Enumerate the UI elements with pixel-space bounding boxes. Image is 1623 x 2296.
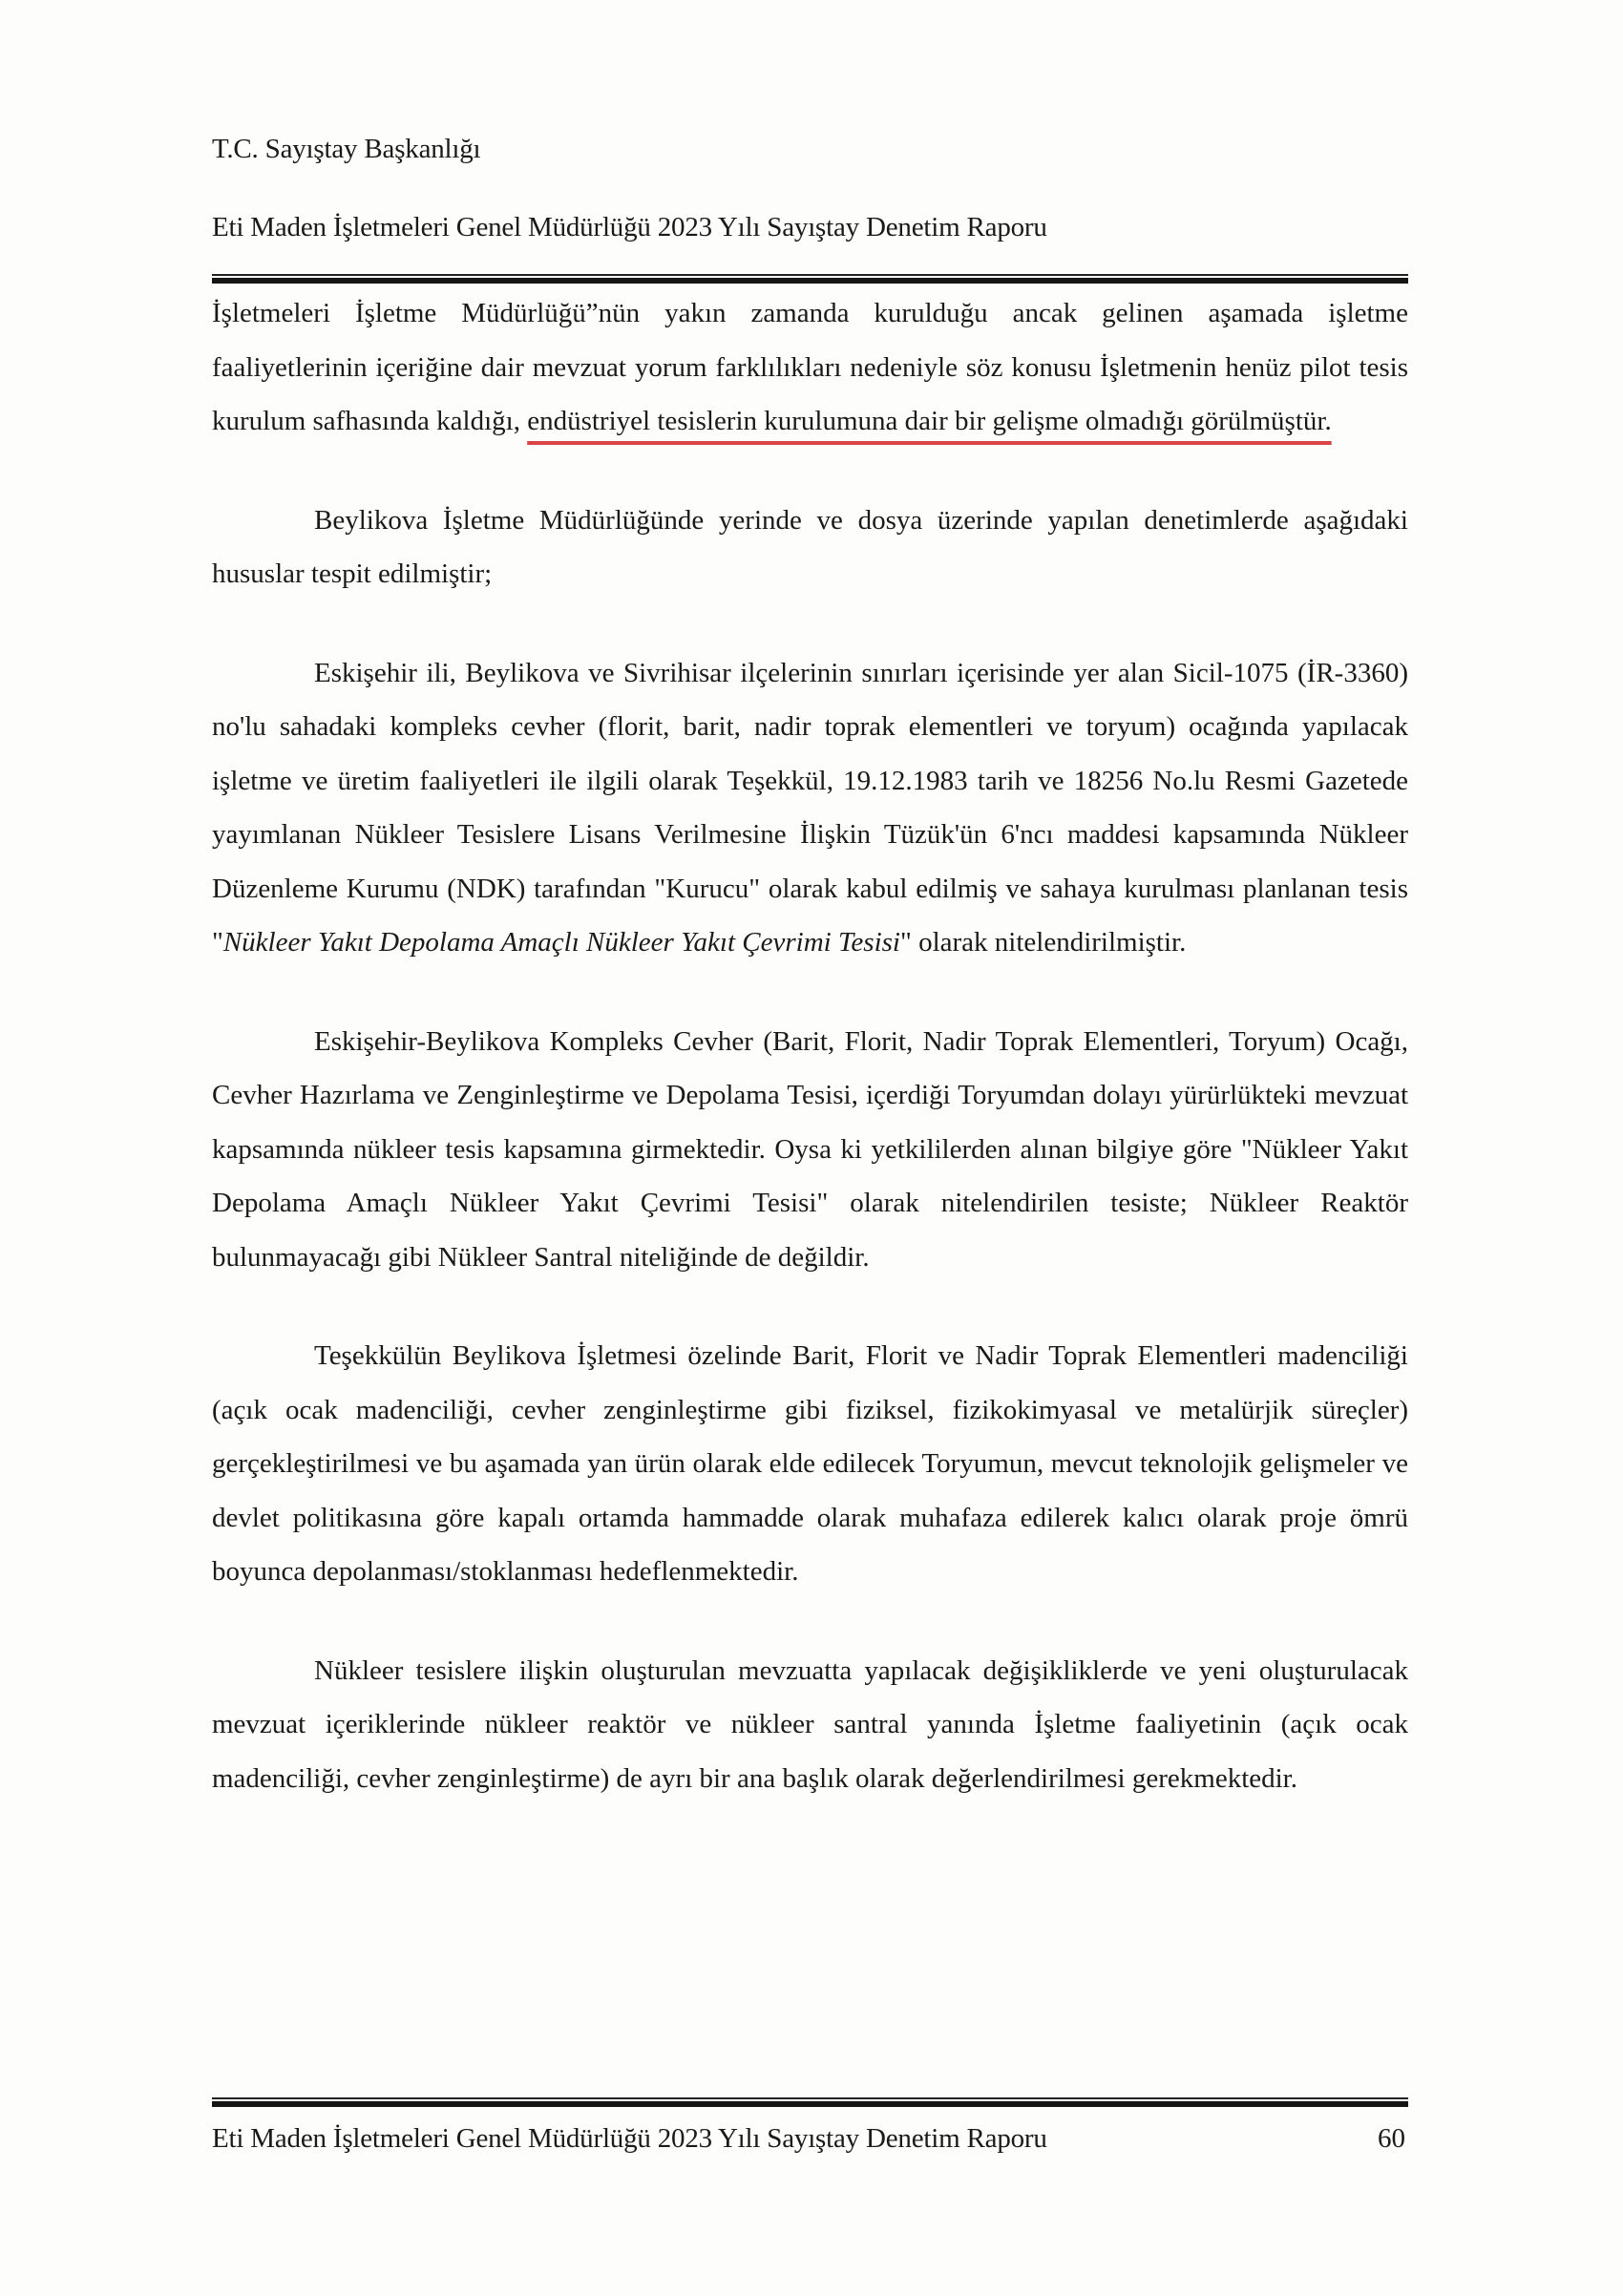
document-page: T.C. Sayıştay Başkanlığı Eti Maden İşlet… [0, 0, 1623, 2296]
paragraph-text: Eskişehir ili, Beylikova ve Sivrihisar i… [212, 658, 1408, 958]
header-rule-thick [212, 278, 1408, 284]
document-body: İşletmeleri İşletme Müdürlüğü”nün yakın … [212, 286, 1408, 1805]
page-number: 60 [1378, 2123, 1405, 2155]
paragraph-continued: İşletmeleri İşletme Müdürlüğü”nün yakın … [212, 286, 1408, 449]
footer-rule-thin [212, 2097, 1408, 2099]
highlighted-finding: endüstriyel tesislerin kurulumuna dair b… [527, 406, 1331, 436]
facility-name-italic: Nükleer Yakıt Depolama Amaçlı Nükleer Ya… [223, 927, 900, 958]
paragraph-audit-intro: Beylikova İşletme Müdürlüğünde yerinde v… [212, 494, 1408, 601]
paragraph-text: " olarak nitelendirilmiştir. [900, 927, 1186, 958]
paragraph-mining-goals: Teşekkülün Beylikova İşletmesi özelinde … [212, 1329, 1408, 1599]
footer-rule [212, 2097, 1408, 2108]
paragraph-nuclear-scope: Eskişehir-Beylikova Kompleks Cevher (Bar… [212, 1015, 1408, 1285]
paragraph-recommendation: Nükleer tesislere ilişkin oluşturulan me… [212, 1644, 1408, 1806]
header-rule [212, 274, 1408, 284]
paragraph-site-description: Eskişehir ili, Beylikova ve Sivrihisar i… [212, 646, 1408, 970]
header-institution: T.C. Sayıştay Başkanlığı [212, 134, 480, 165]
footer-rule-thick [212, 2101, 1408, 2107]
header-report-title: Eti Maden İşletmeleri Genel Müdürlüğü 20… [212, 212, 1047, 243]
footer-report-title: Eti Maden İşletmeleri Genel Müdürlüğü 20… [212, 2123, 1047, 2155]
header-rule-thin [212, 274, 1408, 276]
